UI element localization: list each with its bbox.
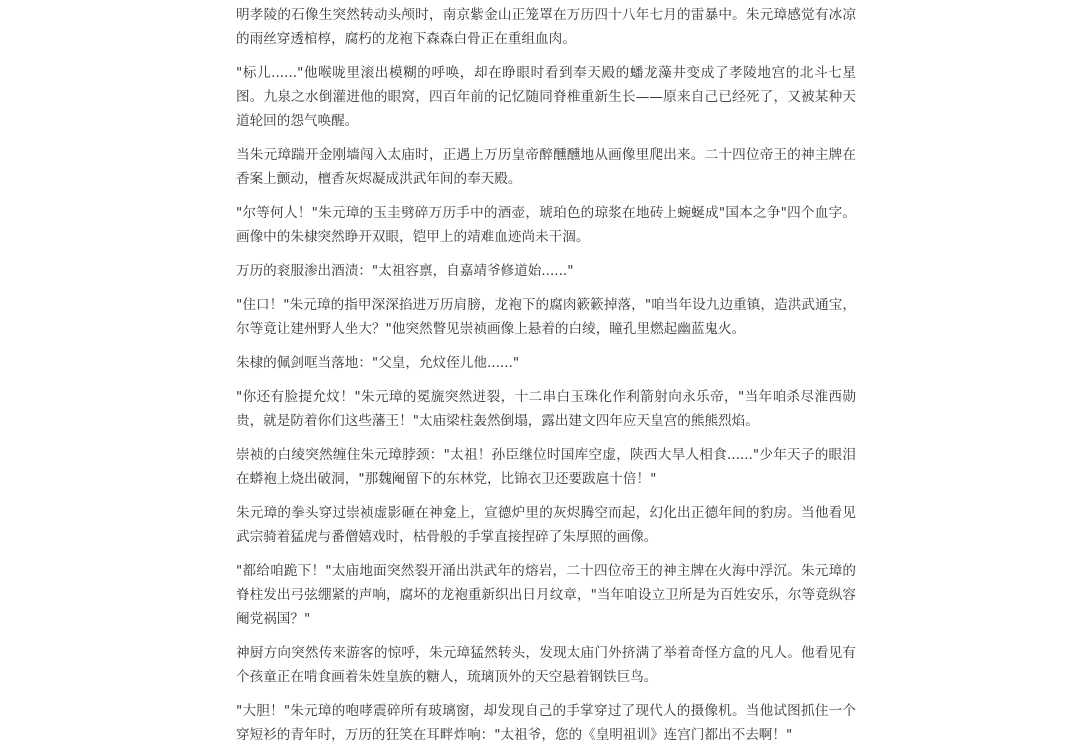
paragraph-2: "标儿......"他喉咙里滚出模糊的呼唤，却在睁眼时看到奉天殿的蟠龙藻井变成了… (236, 61, 856, 133)
paragraph-5: 万历的衮服渗出酒渍："太祖容禀，自嘉靖爷修道始......" (236, 259, 856, 283)
paragraph-8: "你还有脸提允炆！"朱元璋的冕旒突然迸裂，十二串白玉珠化作利箭射向永乐帝，"当年… (236, 385, 856, 433)
article-body: 明孝陵的石像生突然转动头颅时，南京紫金山正笼罩在万历四十八年七月的雷暴中。朱元璋… (236, 3, 856, 753)
paragraph-7: 朱棣的佩剑哐当落地："父皇，允炆侄儿他......" (236, 351, 856, 375)
paragraph-11: "都给咱跪下！"太庙地面突然裂开涌出洪武年的熔岩，二十四位帝王的神主牌在火海中浮… (236, 559, 856, 631)
paragraph-3: 当朱元璋踹开金刚墙闯入太庙时，正遇上万历皇帝醉醺醺地从画像里爬出来。二十四位帝王… (236, 143, 856, 191)
paragraph-1: 明孝陵的石像生突然转动头颅时，南京紫金山正笼罩在万历四十八年七月的雷暴中。朱元璋… (236, 3, 856, 51)
paragraph-13: "大胆！"朱元璋的咆哮震碎所有玻璃窗，却发现自己的手掌穿过了现代人的摄像机。当他… (236, 699, 856, 747)
paragraph-12: 神厨方向突然传来游客的惊呼，朱元璋猛然转头，发现太庙门外挤满了举着奇怪方盒的凡人… (236, 641, 856, 689)
paragraph-9: 崇祯的白绫突然缠住朱元璋脖颈："太祖！孙臣继位时国库空虚，陕西大旱人相食....… (236, 443, 856, 491)
paragraph-10: 朱元璋的拳头穿过崇祯虚影砸在神龛上，宣德炉里的灰烬腾空而起，幻化出正德年间的豹房… (236, 501, 856, 549)
page: 明孝陵的石像生突然转动头颅时，南京紫金山正笼罩在万历四十八年七月的雷暴中。朱元璋… (0, 0, 1080, 753)
paragraph-6: "住口！"朱元璋的指甲深深掐进万历肩膀，龙袍下的腐肉簌簌掉落，"咱当年设九边重镇… (236, 293, 856, 341)
paragraph-4: "尔等何人！"朱元璋的玉圭劈碎万历手中的酒壶，琥珀色的琼浆在地砖上蜿蜒成"国本之… (236, 201, 856, 249)
